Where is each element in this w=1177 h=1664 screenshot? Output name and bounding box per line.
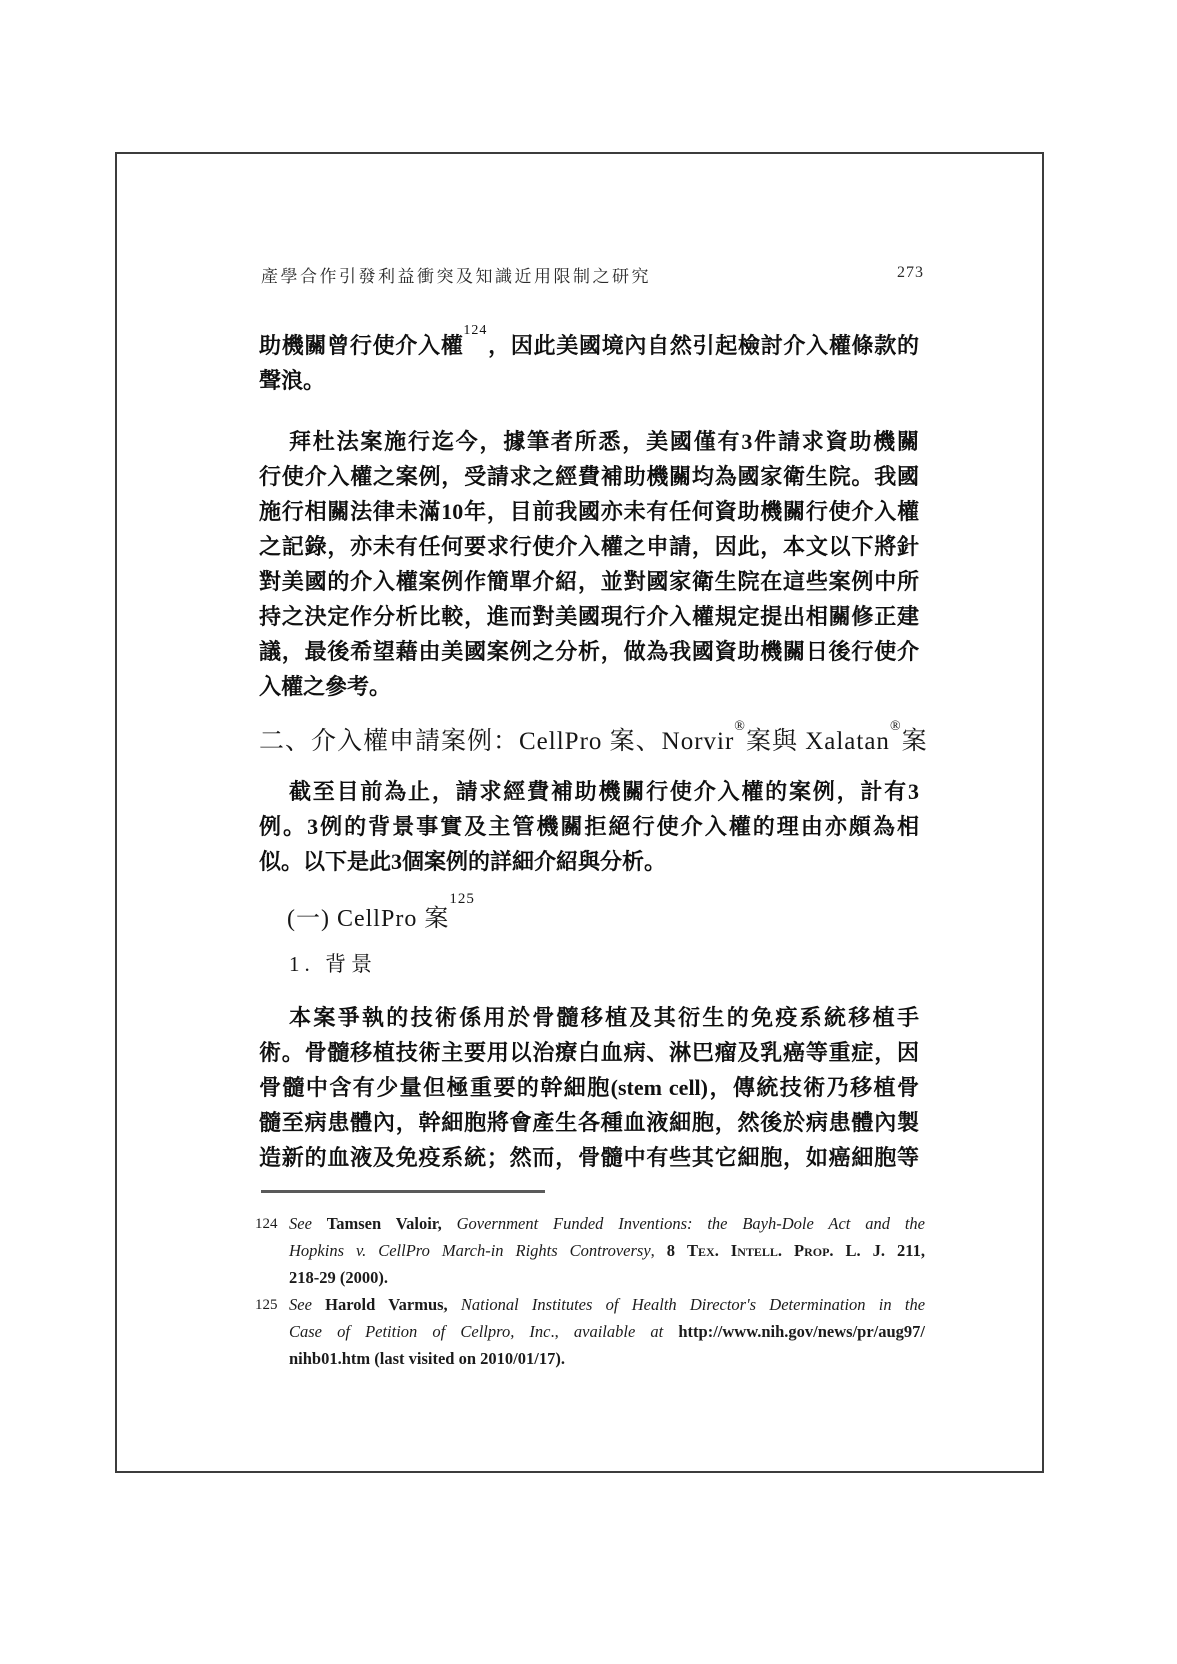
- subsubsection-heading-background: 1. 背景: [259, 948, 949, 978]
- body-line: 截至目前為止，請求經費補助機關行使介入權的案例，計有3: [259, 774, 919, 809]
- body-line: 髓至病患體內，幹細胞將會產生各種血液細胞，然後於病患體內製: [259, 1105, 919, 1140]
- footnote-volume: 8: [667, 1241, 687, 1260]
- footnote-ref-124: 124: [463, 323, 487, 338]
- footnote-text-plain: .,: [551, 1322, 574, 1341]
- footnote-text: See Tamsen Valoir, Government Funded Inv…: [289, 1210, 925, 1291]
- see-signal: See: [289, 1295, 325, 1314]
- page-frame: 產學合作引發利益衝突及知識近用限制之研究 273 助機關曾行使介入權124，因此…: [115, 152, 1044, 1473]
- page-number: 273: [897, 264, 924, 282]
- body-text: ，因此美國境內自然引起檢討介入權條款的: [487, 333, 919, 358]
- footnote-number: 124: [255, 1210, 289, 1238]
- body-line: 拜杜法案施行迄今，據筆者所悉，美國僅有3件請求資助機關: [259, 424, 919, 459]
- registered-mark-icon: ®: [890, 719, 902, 734]
- registered-mark-icon: ®: [734, 719, 746, 734]
- footnote-url: http://www.nih.gov/news/pr/aug97/: [678, 1322, 925, 1341]
- body-line: 術。骨髓移植技術主要用以治療白血病、淋巴瘤及乳癌等重症，因: [259, 1035, 919, 1070]
- see-signal: See: [289, 1214, 327, 1233]
- footnote-ref-125: 125: [449, 891, 475, 907]
- body-line: 例。3例的背景事實及主管機關拒絕行使介入權的理由亦頗為相: [259, 809, 919, 844]
- footnote-line: Hopkins v. CellPro March-in Rights Contr…: [289, 1237, 925, 1264]
- paragraph-three-cases: 截至目前為止，請求經費補助機關行使介入權的案例，計有3 例。3例的背景事實及主管…: [259, 774, 919, 879]
- footnote-line: See Harold Varmus, National Institutes o…: [289, 1291, 925, 1318]
- body-line: 行使介入權之案例，受請求之經費補助機關均為國家衛生院。我國: [259, 459, 919, 494]
- body-line: 之記錄，亦未有任何要求行使介入權之申請，因此，本文以下將針: [259, 529, 919, 564]
- footnote-124: 124 See Tamsen Valoir, Government Funded…: [255, 1210, 925, 1291]
- section-heading-text: 二、介入權申請案例：CellPro 案、Norvir: [259, 728, 734, 755]
- paragraph-continued: 助機關曾行使介入權124，因此美國境內自然引起檢討介入權條款的 聲浪。: [259, 328, 919, 398]
- body-line: 施行相關法律未滿10年，目前我國亦未有任何資助機關行使介入權: [259, 494, 919, 529]
- available-at-signal: available at: [574, 1322, 678, 1341]
- body-line: 似。以下是此3個案例的詳細介紹與分析。: [259, 844, 919, 879]
- body-text: 助機關曾行使介入權: [259, 333, 463, 358]
- footnote-text: See Harold Varmus, National Institutes o…: [289, 1291, 925, 1372]
- subsection-heading-cellpro: (一) CellPro 案125: [259, 898, 947, 933]
- footnote-reporter: L. J. 211,: [846, 1241, 925, 1260]
- body-line: 助機關曾行使介入權124，因此美國境內自然引起檢討介入權條款的: [259, 328, 919, 363]
- body-line: 持之決定作分析比較，進而對美國現行介入權規定提出相關修正建: [259, 599, 919, 634]
- body-line: 骨髓中含有少量但極重要的幹細胞(stem cell)，傳統技術乃移植骨: [259, 1070, 919, 1105]
- footnote-url: nihb01.htm: [289, 1349, 374, 1368]
- footnote-separator: [261, 1190, 545, 1193]
- footnote-line: nihb01.htm (last visited on 2010/01/17).: [289, 1345, 925, 1372]
- footnote-title: Hopkins v. CellPro March-in Rights Contr…: [289, 1241, 651, 1260]
- footnote-reporter: Tex. Intell. Prop.: [687, 1241, 846, 1260]
- footnote-title: National Institutes of Health Director's…: [461, 1295, 925, 1314]
- footnote-line: Case of Petition of Cellpro, Inc., avail…: [289, 1318, 925, 1345]
- footnote-title: Case of Petition of Cellpro, Inc: [289, 1322, 551, 1341]
- section-heading: 二、介入權申請案例：CellPro 案、Norvir®案與 Xalatan®案: [259, 721, 919, 757]
- footnote-author: Tamsen Valoir,: [327, 1214, 457, 1233]
- body-line: 聲浪。: [259, 363, 919, 398]
- running-header-title: 產學合作引發利益衝突及知識近用限制之研究: [261, 262, 651, 287]
- footnote-text-plain: ,: [651, 1241, 667, 1260]
- footnote-number: 125: [255, 1291, 289, 1319]
- body-line: 造新的血液及免疫系統；然而，骨髓中有些其它細胞，如癌細胞等: [259, 1140, 919, 1175]
- footnote-title: Government Funded Inventions: the Bayh-D…: [457, 1214, 925, 1233]
- body-line: 本案爭執的技術係用於骨髓移植及其衍生的免疫系統移植手: [259, 1000, 919, 1035]
- subsection-heading-text: (一) CellPro 案: [287, 906, 449, 932]
- paragraph-background: 本案爭執的技術係用於骨髓移植及其衍生的免疫系統移植手 術。骨髓移植技術主要用以治…: [259, 1000, 919, 1175]
- body-line: 對美國的介入權案例作簡單介紹，並對國家衛生院在這些案例中所: [259, 564, 919, 599]
- footnote-125: 125 See Harold Varmus, National Institut…: [255, 1291, 925, 1372]
- section-heading-text: 案: [902, 728, 928, 755]
- footnote-area: 124 See Tamsen Valoir, Government Funded…: [255, 1210, 925, 1372]
- footnote-line: 218-29 (2000).: [289, 1264, 925, 1291]
- paragraph-baydole-cases: 拜杜法案施行迄今，據筆者所悉，美國僅有3件請求資助機關 行使介入權之案例，受請求…: [259, 424, 919, 704]
- footnote-author: Harold Varmus,: [325, 1295, 461, 1314]
- body-line: 議，最後希望藉由美國案例之分析，做為我國資助機關日後行使介: [259, 634, 919, 669]
- section-heading-text: 案與 Xalatan: [746, 728, 890, 755]
- body-line: 入權之參考。: [259, 669, 919, 704]
- footnote-text-plain: (last visited on 2010/01/17).: [374, 1349, 565, 1368]
- footnote-line: See Tamsen Valoir, Government Funded Inv…: [289, 1210, 925, 1237]
